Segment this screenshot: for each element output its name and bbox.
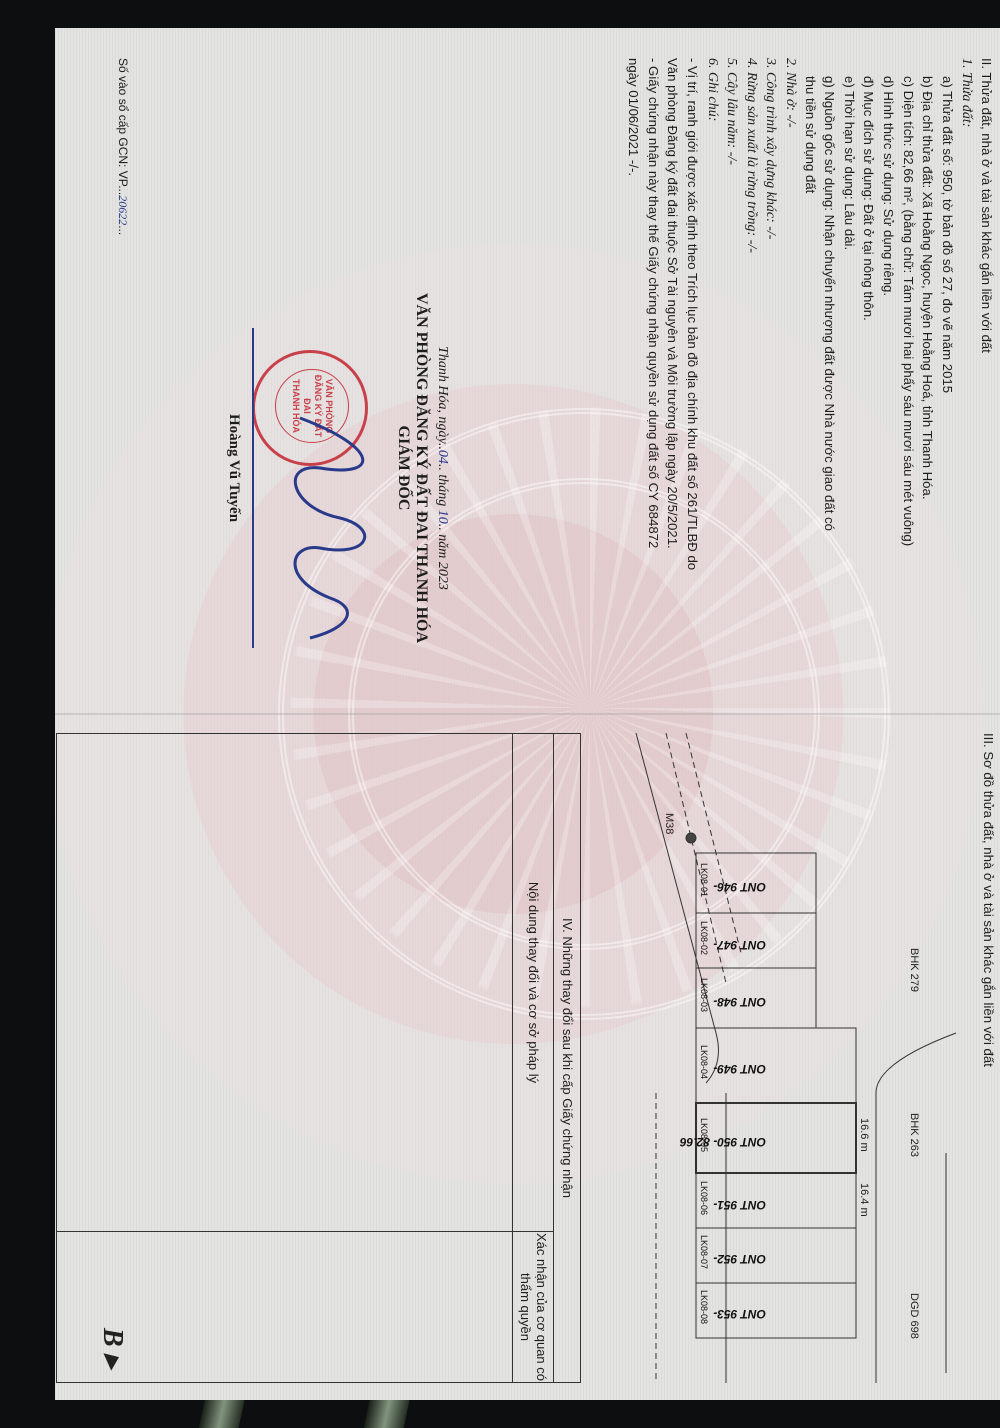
section3-title: III. Sơ đồ thửa đất, nhà ở và tài sản kh…: [981, 733, 996, 1383]
svg-text:LK08-07: LK08-07: [699, 1235, 709, 1269]
svg-text:ONT 946-: ONT 946-: [713, 880, 766, 894]
land-item: g) Nguồn gốc sử dụng: Nhận chuyển nhượng…: [820, 58, 840, 698]
house-line: 2. Nhà ở: -/-: [780, 58, 800, 698]
dimension-label: 16.4 m: [858, 1183, 870, 1217]
forest-line: 4. Rừng sản xuất là rừng trồng: -/-: [741, 58, 761, 698]
signer-role: GIÁM ĐỐC: [394, 258, 412, 678]
changes-table: IV. Những thay đổi sau khi cấp Giấy chứn…: [56, 733, 581, 1383]
section-map: III. Sơ đồ thửa đất, nhà ở và tài sản kh…: [981, 733, 996, 1383]
land-item: c) Diện tích: 82,66 m², (bằng chữ: Tám m…: [898, 58, 918, 698]
column-header-confirm: Xác nhận của cơ quan có thẩm quyền: [513, 1232, 553, 1382]
registry-number: Số vào sổ cấp GCN: VP...20622...: [115, 58, 130, 235]
neighbor-label: BHK 263: [908, 1113, 920, 1157]
issue-date: Thanh Hóa, ngày..04.. tháng 10.. năm 202…: [434, 258, 450, 678]
other-works-line: 3. Công trình xây dựng khác: -/-: [761, 58, 781, 698]
neighbor-label: BHK 279: [908, 948, 920, 992]
land-item: thu tiền sử dụng đất: [800, 58, 820, 698]
section-land-info: II. Thửa đất, nhà ở và tài sản khác gắn …: [624, 58, 996, 698]
section4-title: IV. Những thay đổi sau khi cấp Giấy chứn…: [553, 734, 580, 1382]
land-item: b) Địa chỉ thửa đất: Xã Hoằng Ngọc, huyệ…: [918, 58, 938, 698]
north-compass-icon: B ▸: [96, 1328, 130, 1368]
note-line: - Vị trí, ranh giới được xác định theo T…: [683, 58, 703, 698]
signature-block: Thanh Hóa, ngày..04.. tháng 10.. năm 202…: [394, 258, 450, 678]
column-header-content: Nội dung thay đổi và cơ sở pháp lý: [513, 734, 553, 1232]
issuing-office: VĂN PHÒNG ĐĂNG KÝ ĐẤT ĐAI THANH HÓA: [412, 258, 430, 678]
notes-heading: 6. Ghi chú:: [702, 58, 722, 698]
svg-text:LK08-06: LK08-06: [699, 1181, 709, 1215]
svg-text:LK08-08: LK08-08: [699, 1290, 709, 1324]
parcel-map: DGD 698 BHK 279 BHK 263 M38 16.6 m 16.4 …: [586, 733, 966, 1383]
svg-text:ONT 947-: ONT 947-: [713, 938, 766, 952]
note-line: ngày 01/06/2021 -/-.: [624, 58, 644, 698]
svg-text:ONT 949-: ONT 949-: [713, 1062, 766, 1076]
svg-text:ONT 950- 82.66: ONT 950- 82.66: [680, 1135, 766, 1149]
svg-text:LK08-03: LK08-03: [699, 978, 709, 1012]
month-value: 10: [435, 510, 450, 524]
page-fold: [55, 713, 1000, 715]
svg-text:LK08-04: LK08-04: [699, 1045, 709, 1079]
note-line: - Giấy chứng nhận này thay thế Giấy chứn…: [643, 58, 663, 698]
signature-line: [252, 328, 254, 648]
dimension-label: 16.6 m: [858, 1118, 870, 1152]
svg-text:ONT 953-: ONT 953-: [713, 1307, 766, 1321]
land-item: a) Thửa đất số: 950, tờ bản đồ số 27, đo…: [937, 58, 957, 698]
signer-name: Hoàng Vũ Tuyến: [225, 258, 242, 678]
changes-content-cell: [56, 734, 512, 1232]
handwritten-signature: [270, 408, 390, 648]
section2-title: II. Thửa đất, nhà ở và tài sản khác gắn …: [976, 58, 996, 698]
land-use-certificate: II. Thửa đất, nhà ở và tài sản khác gắn …: [55, 28, 1000, 1400]
land-heading: 1. Thửa đất:: [957, 58, 977, 698]
svg-text:LK08-01: LK08-01: [699, 863, 709, 897]
year-value: 2023: [435, 562, 450, 590]
land-item: đ) Mục đích sử dụng: Đất ở tại nông thôn…: [859, 58, 879, 698]
svg-text:LK08-02: LK08-02: [699, 921, 709, 955]
land-item: d) Hình thức sử dụng: Sử dụng riêng.: [878, 58, 898, 698]
road-label: DGD 698: [908, 1293, 920, 1339]
day-value: 04: [435, 450, 450, 464]
svg-text:ONT 948-: ONT 948-: [713, 995, 766, 1009]
svg-text:ONT 951-: ONT 951-: [713, 1198, 766, 1212]
note-line: Văn phòng Đăng ký đất đai thuộc Sở Tài n…: [663, 58, 683, 698]
perennial-line: 5. Cây lâu năm: -/-: [722, 58, 742, 698]
marker-label: M38: [663, 813, 675, 834]
land-item: e) Thời hạn sử dụng: Lâu dài.: [839, 58, 859, 698]
registry-number-value: 20622: [116, 195, 130, 225]
svg-text:ONT 952-: ONT 952-: [713, 1252, 766, 1266]
